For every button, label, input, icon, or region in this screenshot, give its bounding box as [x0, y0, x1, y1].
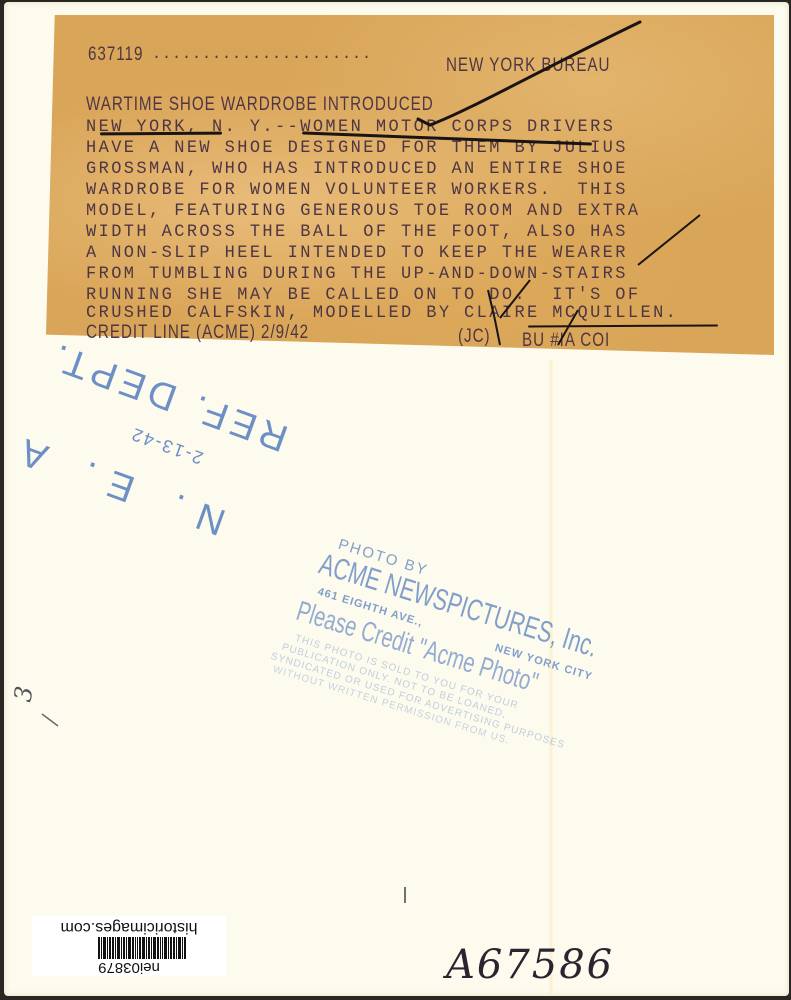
barcode-code: nei03879 [32, 959, 226, 976]
pencil-tick-icon [400, 885, 410, 907]
barcode-sticker: nei03879 historicimages.com [32, 916, 226, 976]
barcode-site: historicimages.com [32, 918, 226, 936]
pencil-dash-icon [38, 712, 68, 732]
nea-stamp-date: 2-13-42 [127, 423, 206, 469]
barcode-bars-icon [68, 937, 186, 959]
handwritten-inventory-number: A67586 [446, 942, 614, 988]
